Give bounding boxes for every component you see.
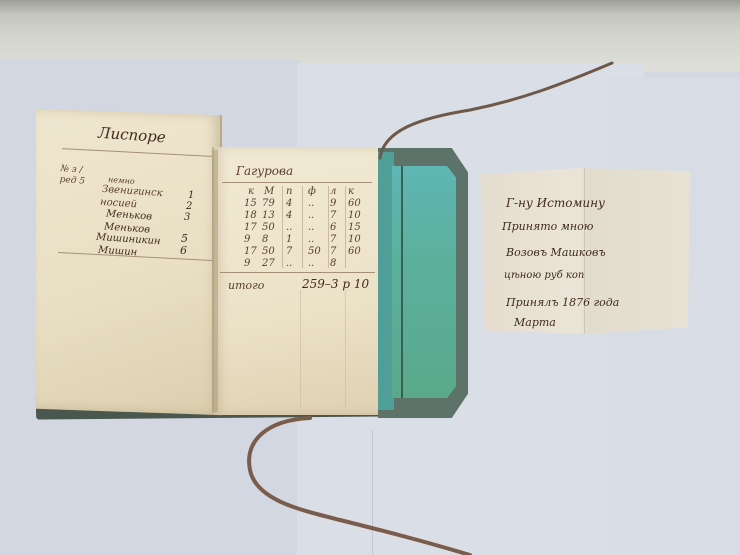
note-line-5: Принялъ 1876 года <box>506 296 619 309</box>
note-line-2: Принято мною <box>502 220 593 233</box>
note-line-6: Марта <box>514 316 556 329</box>
note-line-1: Г-ну Истомину <box>506 196 605 210</box>
leather-tie-top <box>380 63 612 158</box>
note-line-4: цѣною руб коп <box>504 270 584 281</box>
leather-tie-bottom <box>249 418 470 555</box>
note-line-3: Возовъ Машковъ <box>506 246 606 259</box>
